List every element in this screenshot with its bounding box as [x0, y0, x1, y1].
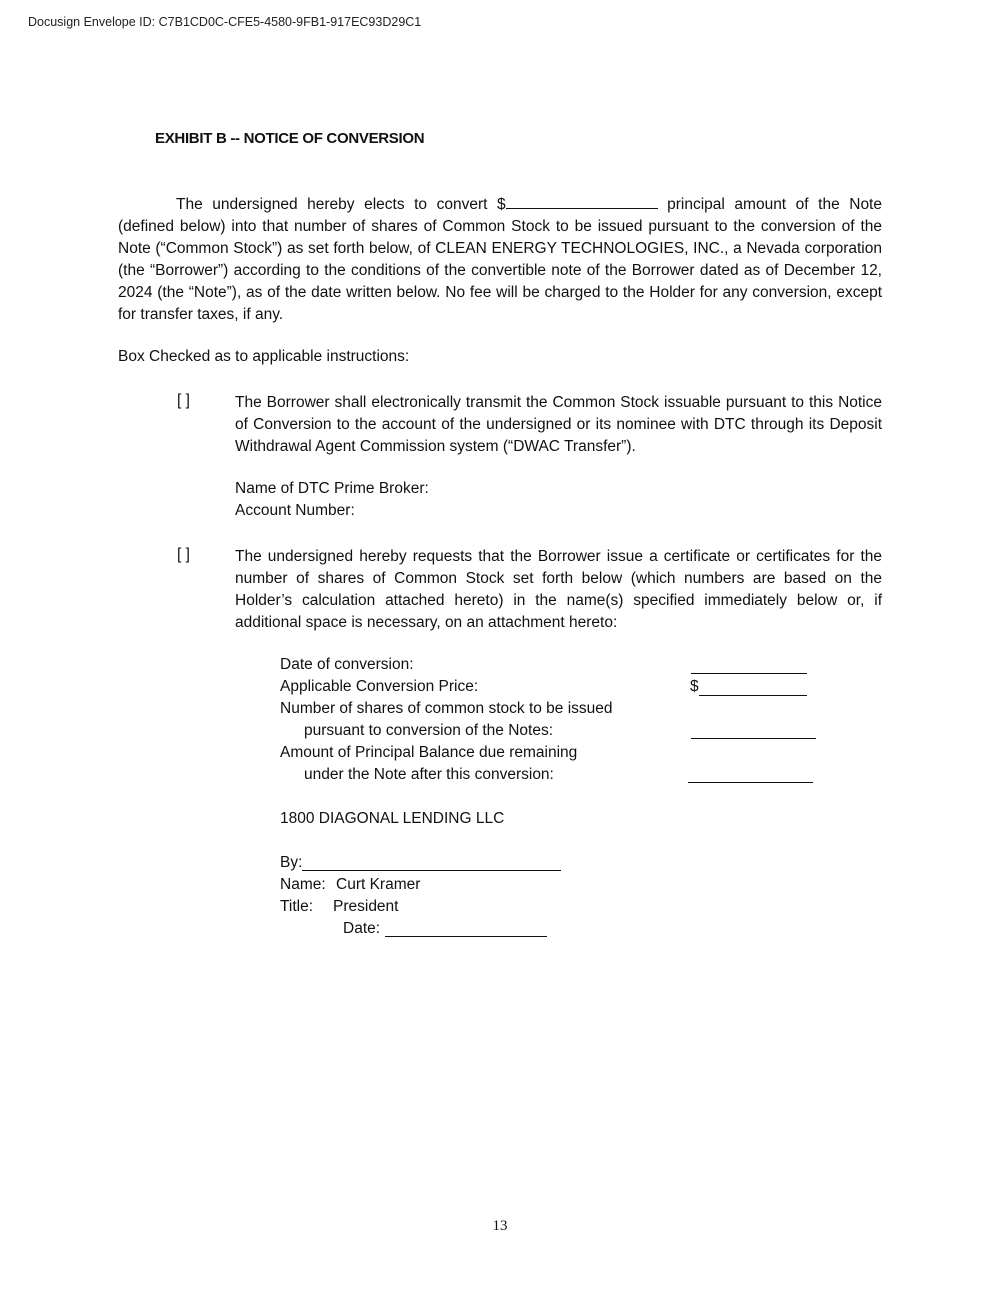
shares-label-line1: Number of shares of common stock to be i…	[280, 700, 613, 718]
option-certificate-checkbox[interactable]: [ ]	[177, 546, 190, 564]
intro-paragraph: The undersigned hereby elects to convert…	[118, 194, 882, 326]
title-label: Title:	[280, 898, 313, 916]
envelope-id: Docusign Envelope ID: C7B1CD0C-CFE5-4580…	[28, 15, 421, 29]
intro-after-amount: principal amount of the Note (defined be…	[118, 196, 882, 323]
date-label: Date:	[343, 920, 380, 938]
by-label: By:	[280, 854, 302, 872]
date-of-conversion-blank[interactable]	[691, 673, 807, 674]
option-dwac-checkbox[interactable]: [ ]	[177, 392, 190, 410]
principal-amount-blank[interactable]	[506, 194, 658, 209]
name-value: Curt Kramer	[336, 876, 420, 894]
shares-label-line2: pursuant to conversion of the Notes:	[304, 722, 553, 740]
dtc-prime-broker-label: Name of DTC Prime Broker:	[235, 480, 429, 498]
conversion-price-dollar: $	[690, 678, 699, 696]
option-certificate-text: The undersigned hereby requests that the…	[235, 546, 882, 634]
conversion-price-blank[interactable]	[699, 695, 807, 696]
signature-date-blank[interactable]	[385, 936, 547, 937]
balance-label-line2: under the Note after this conversion:	[304, 766, 554, 784]
page-number: 13	[0, 1218, 1000, 1235]
balance-blank[interactable]	[688, 782, 813, 783]
option-dwac-text: The Borrower shall electronically transm…	[235, 392, 882, 458]
signature-blank[interactable]	[302, 870, 561, 871]
conversion-price-label: Applicable Conversion Price:	[280, 678, 478, 696]
exhibit-title: EXHIBIT B -- NOTICE OF CONVERSION	[155, 130, 424, 147]
title-value: President	[333, 898, 398, 916]
lender-company-name: 1800 DIAGONAL LENDING LLC	[280, 810, 504, 828]
shares-blank[interactable]	[691, 738, 816, 739]
intro-before-amount: The undersigned hereby elects to convert…	[176, 196, 506, 213]
date-of-conversion-label: Date of conversion:	[280, 656, 414, 674]
instructions-label: Box Checked as to applicable instruction…	[118, 348, 409, 366]
account-number-label: Account Number:	[235, 502, 355, 520]
name-label: Name:	[280, 876, 326, 894]
balance-label-line1: Amount of Principal Balance due remainin…	[280, 744, 577, 762]
